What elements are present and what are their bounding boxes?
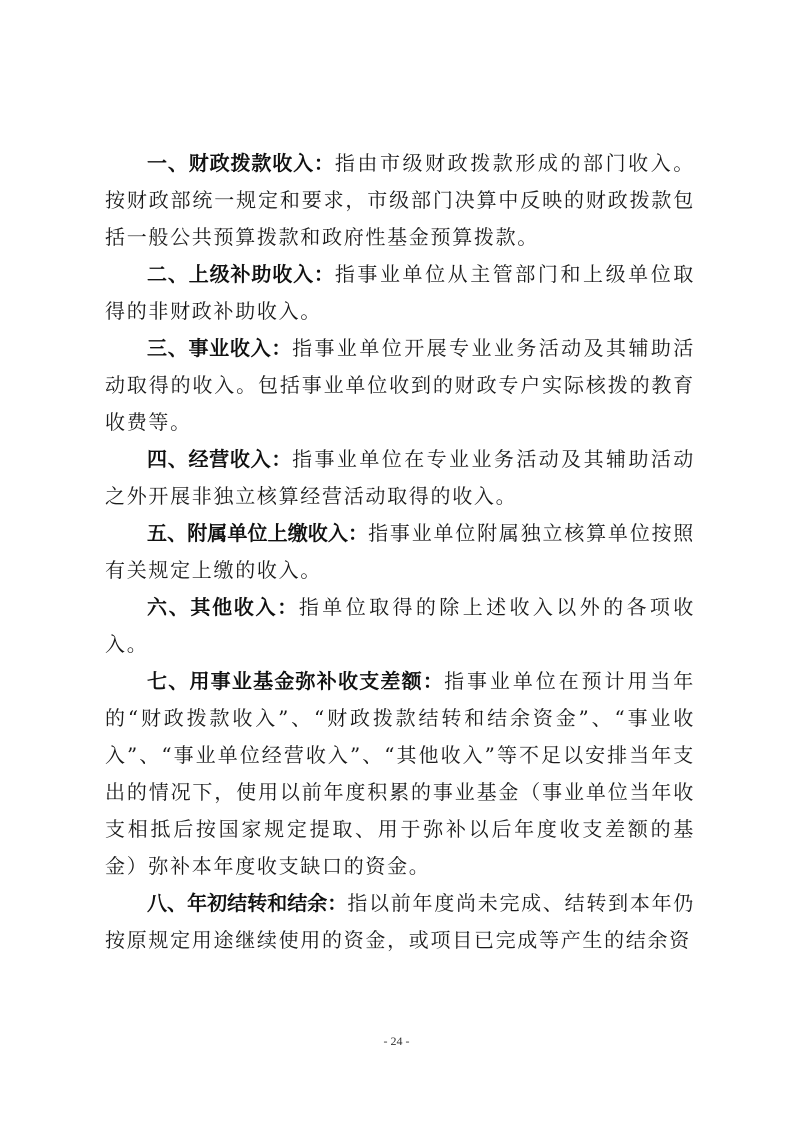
term-label: 四、经营收入： xyxy=(147,447,292,471)
term-label: 二、上级补助收入： xyxy=(147,262,335,286)
term-label: 一、财政拨款收入： xyxy=(147,151,335,175)
definition-paragraph-fiscal-appropriation-income: 一、财政拨款收入：指由市级财政拨款形成的部门收入。按财政部统一规定和要求，市级部… xyxy=(105,145,695,256)
term-label: 三、事业收入： xyxy=(147,336,292,360)
term-definition: 指事业单位在预计用当年的“财政拨款收入”、“财政拨款结转和结余资金”、“事业收入… xyxy=(105,669,695,878)
definition-paragraph-superior-subsidy-income: 二、上级补助收入：指事业单位从主管部门和上级单位取得的非财政补助收入。 xyxy=(105,256,695,330)
term-label: 七、用事业基金弥补收支差额： xyxy=(147,669,444,693)
page-body: 一、财政拨款收入：指由市级财政拨款形成的部门收入。按财政部统一规定和要求，市级部… xyxy=(105,145,695,959)
definition-paragraph-affiliated-unit-income: 五、附属单位上缴收入：指事业单位附属独立核算单位按照有关规定上缴的收入。 xyxy=(105,515,695,589)
page-number: - 24 - xyxy=(0,1034,793,1049)
definition-paragraph-operating-income: 四、经营收入：指事业单位在专业业务活动及其辅助活动之外开展非独立核算经营活动取得… xyxy=(105,441,695,515)
definition-paragraph-business-fund-offset: 七、用事业基金弥补收支差额：指事业单位在预计用当年的“财政拨款收入”、“财政拨款… xyxy=(105,663,695,885)
definition-paragraph-business-income: 三、事业收入：指事业单位开展专业业务活动及其辅助活动取得的收入。包括事业单位收到… xyxy=(105,330,695,441)
term-label: 八、年初结转和结余： xyxy=(147,891,347,915)
definition-paragraph-other-income: 六、其他收入：指单位取得的除上述收入以外的各项收入。 xyxy=(105,589,695,663)
term-label: 六、其他收入： xyxy=(147,595,299,619)
term-label: 五、附属单位上缴收入： xyxy=(147,521,368,545)
definition-paragraph-opening-carryover-balance: 八、年初结转和结余：指以前年度尚未完成、结转到本年仍按原规定用途继续使用的资金，… xyxy=(105,885,695,959)
